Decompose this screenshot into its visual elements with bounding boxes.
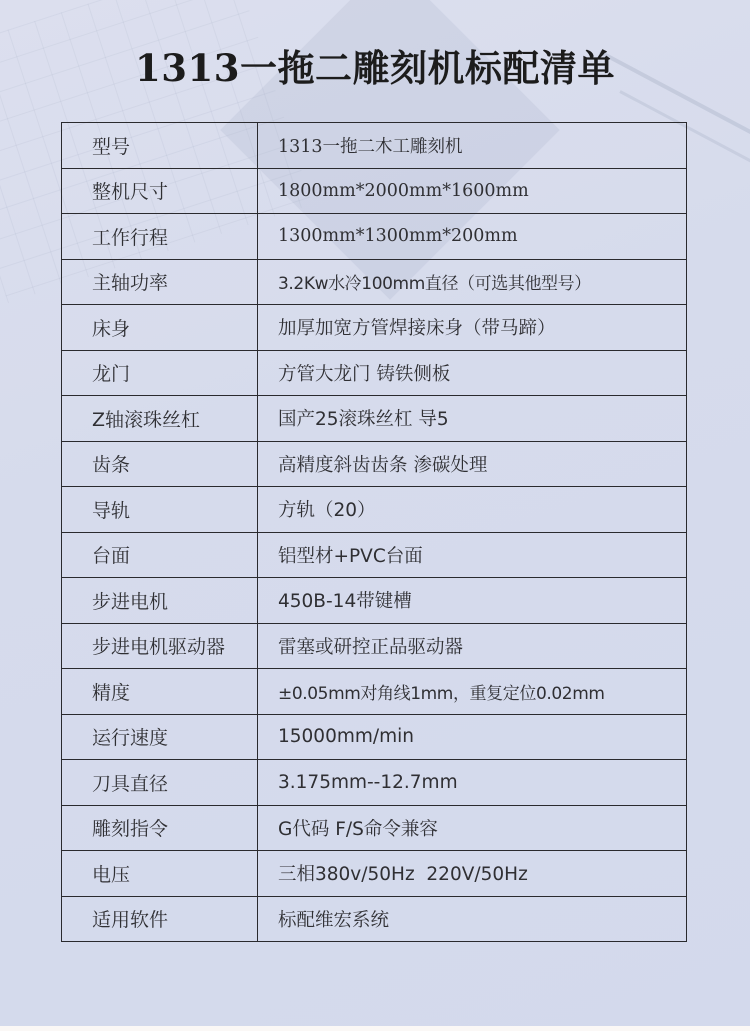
- spec-value: G代码 F/S命令兼容: [258, 805, 687, 851]
- spec-label: 运行速度: [62, 714, 258, 760]
- table-row: 主轴功率 3.2Kw水冷100mm直径（可选其他型号）: [62, 259, 687, 305]
- table-row: 适用软件 标配维宏系统: [62, 896, 687, 942]
- table-row: 型号 1313一拖二木工雕刻机: [62, 123, 687, 169]
- spec-label: 导轨: [62, 487, 258, 533]
- spec-value: 方轨（20）: [258, 487, 687, 533]
- spec-label: 电压: [62, 851, 258, 897]
- spec-table: 型号 1313一拖二木工雕刻机 整机尺寸 1800mm*2000mm*1600m…: [61, 122, 687, 942]
- spec-label: 雕刻指令: [62, 805, 258, 851]
- spec-label: 适用软件: [62, 896, 258, 942]
- spec-value: 450B-14带键槽: [258, 578, 687, 624]
- table-row: 工作行程 1300mm*1300mm*200mm: [62, 214, 687, 260]
- spec-value: ±0.05mm对角线1mm，重复定位0.02mm: [258, 669, 687, 715]
- spec-value: 加厚加宽方管焊接床身（带马蹄）: [258, 305, 687, 351]
- spec-value: 3.175mm--12.7mm: [258, 760, 687, 806]
- table-row: 雕刻指令 G代码 F/S命令兼容: [62, 805, 687, 851]
- spec-value: 1313一拖二木工雕刻机: [258, 123, 687, 169]
- spec-label: 刀具直径: [62, 760, 258, 806]
- spec-value: 1800mm*2000mm*1600mm: [258, 168, 687, 214]
- spec-label: 主轴功率: [62, 259, 258, 305]
- spec-label: 步进电机: [62, 578, 258, 624]
- table-row: 步进电机驱动器 雷塞或研控正品驱动器: [62, 623, 687, 669]
- spec-value: 高精度斜齿齿条 渗碳处理: [258, 441, 687, 487]
- spec-value: 铝型材+PVC台面: [258, 532, 687, 578]
- spec-value: 3.2Kw水冷100mm直径（可选其他型号）: [258, 259, 687, 305]
- spec-label: 龙门: [62, 350, 258, 396]
- spec-label: 型号: [62, 123, 258, 169]
- spec-label: 床身: [62, 305, 258, 351]
- table-row: 电压 三相380v/50Hz 220V/50Hz: [62, 851, 687, 897]
- table-row: 整机尺寸 1800mm*2000mm*1600mm: [62, 168, 687, 214]
- table-row: 精度 ±0.05mm对角线1mm，重复定位0.02mm: [62, 669, 687, 715]
- table-row: 床身 加厚加宽方管焊接床身（带马蹄）: [62, 305, 687, 351]
- spec-value: 15000mm/min: [258, 714, 687, 760]
- table-row: 运行速度 15000mm/min: [62, 714, 687, 760]
- table-row: 龙门 方管大龙门 铸铁侧板: [62, 350, 687, 396]
- spec-label: 工作行程: [62, 214, 258, 260]
- spec-sheet-panel: 1313一拖二雕刻机标配清单 型号 1313一拖二木工雕刻机 整机尺寸 1800…: [0, 0, 750, 1026]
- spec-label: Z轴滚珠丝杠: [62, 396, 258, 442]
- table-row: Z轴滚珠丝杠 国产25滚珠丝杠 导5: [62, 396, 687, 442]
- spec-value: 三相380v/50Hz 220V/50Hz: [258, 851, 687, 897]
- spec-label: 步进电机驱动器: [62, 623, 258, 669]
- spec-label: 齿条: [62, 441, 258, 487]
- page-title: 1313一拖二雕刻机标配清单: [0, 38, 750, 92]
- table-row: 刀具直径 3.175mm--12.7mm: [62, 760, 687, 806]
- spec-value: 方管大龙门 铸铁侧板: [258, 350, 687, 396]
- spec-value: 标配维宏系统: [258, 896, 687, 942]
- table-row: 齿条 高精度斜齿齿条 渗碳处理: [62, 441, 687, 487]
- table-row: 步进电机 450B-14带键槽: [62, 578, 687, 624]
- spec-label: 精度: [62, 669, 258, 715]
- spec-label: 台面: [62, 532, 258, 578]
- spec-value: 国产25滚珠丝杠 导5: [258, 396, 687, 442]
- table-row: 导轨 方轨（20）: [62, 487, 687, 533]
- spec-value: 1300mm*1300mm*200mm: [258, 214, 687, 260]
- table-row: 台面 铝型材+PVC台面: [62, 532, 687, 578]
- spec-label: 整机尺寸: [62, 168, 258, 214]
- spec-value: 雷塞或研控正品驱动器: [258, 623, 687, 669]
